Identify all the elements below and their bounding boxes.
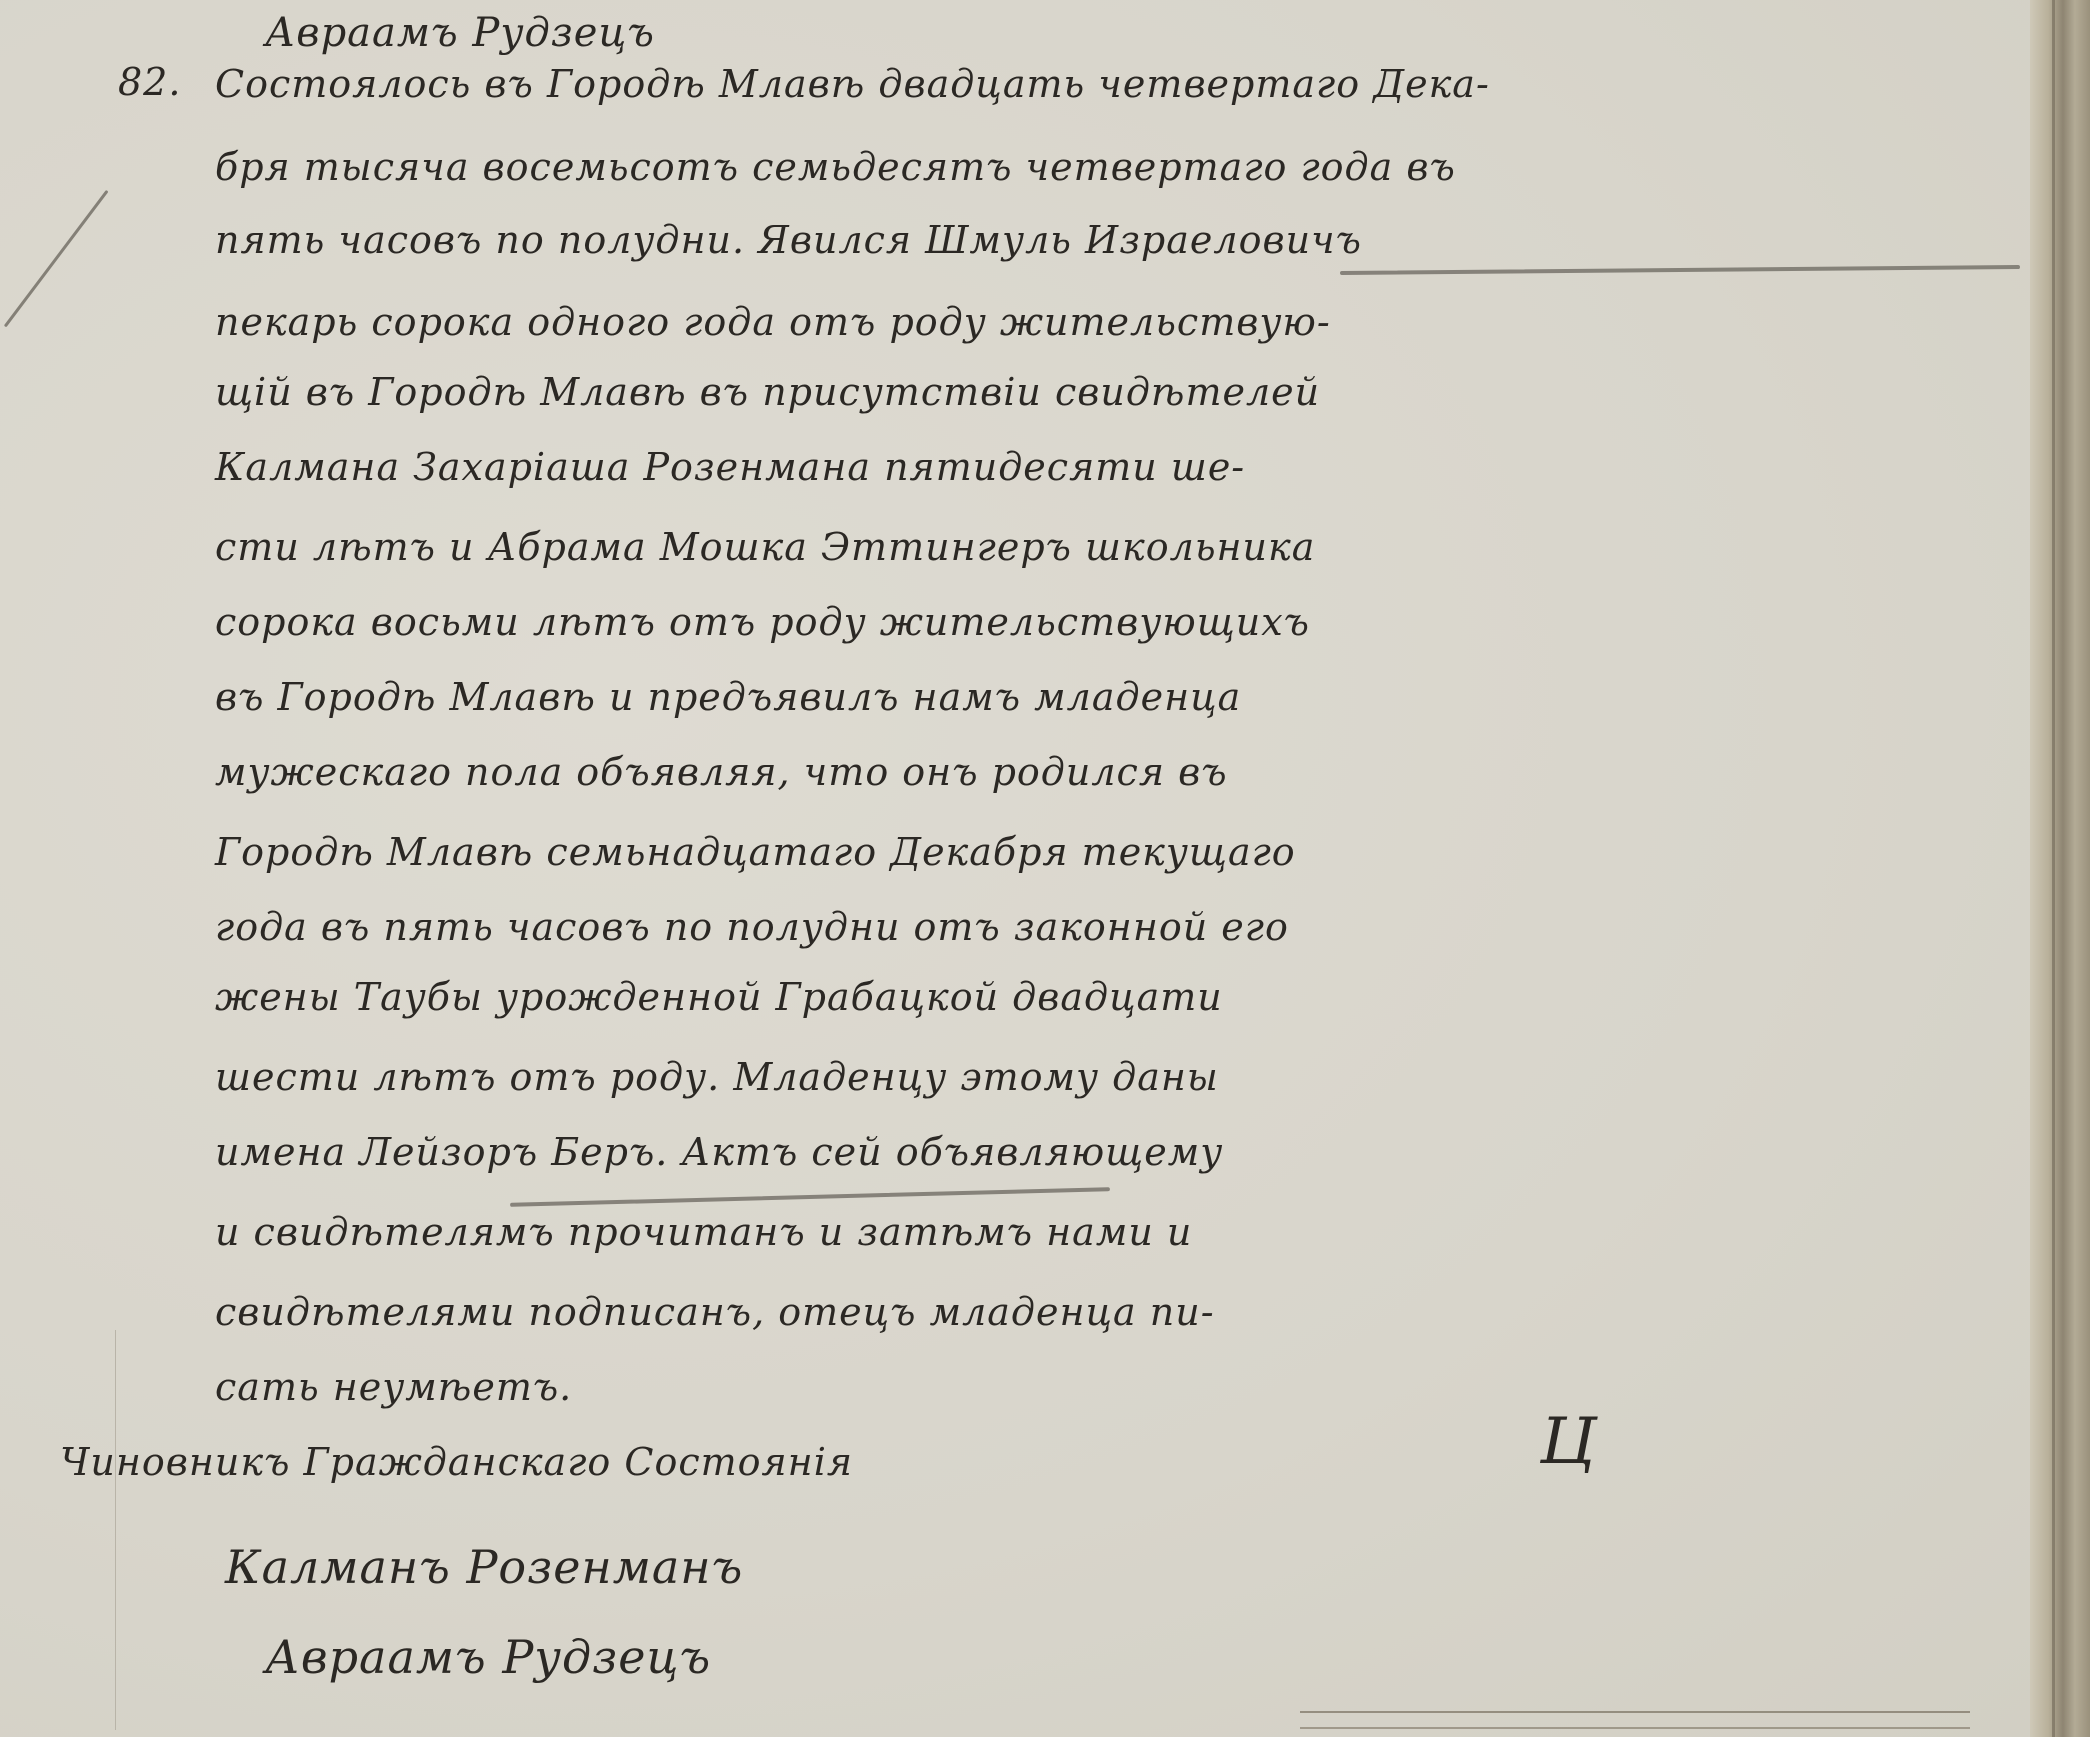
record-line-15: имена Лейзоръ Беръ. Актъ сей объявляющем… <box>215 1130 1223 1174</box>
record-line-6: Калмана Захаріаша Розенмана пятидесяти ш… <box>215 445 1245 489</box>
witness-signature-2: Авраамъ Рудзецъ <box>265 1630 711 1684</box>
pencil-underline-child <box>510 1187 1110 1207</box>
record-line-17: свидѣтелями подписанъ, отецъ младенца пи… <box>215 1290 1215 1334</box>
record-line-13: жены Таубы урожденной Грабацкой двадцати <box>215 975 1223 1019</box>
record-line-8: сорока восьми лѣтъ отъ роду жительствующ… <box>215 600 1310 644</box>
book-binding-edge <box>2030 0 2090 1737</box>
civil-registrar-title: Чиновникъ Гражданскаго Состоянія <box>60 1440 853 1484</box>
page-bottom-edge <box>1300 1711 1970 1729</box>
record-line-4: пекарь сорока одного года отъ роду жител… <box>215 300 1331 344</box>
record-line-1: Состоялось въ Городѣ Млавѣ двадцать четв… <box>215 62 1490 106</box>
record-line-2: бря тысяча восемьсотъ семьдесятъ четверт… <box>215 145 1456 189</box>
record-line-9: въ Городѣ Млавѣ и предъявилъ намъ младен… <box>215 675 1241 719</box>
pencil-underline-father <box>1340 265 2020 275</box>
record-line-5: щій въ Городѣ Млавѣ въ присутствіи свидѣ… <box>215 370 1320 414</box>
pencil-margin-mark <box>4 190 109 328</box>
header-signature: Авраамъ Рудзецъ <box>265 10 655 56</box>
margin-rule <box>115 1330 116 1730</box>
record-line-18: сать неумѣетъ. <box>215 1365 572 1409</box>
record-line-12: года въ пять часовъ по полудни отъ закон… <box>215 905 1289 949</box>
record-line-3: пять часовъ по полудни. Явился Шмуль Изр… <box>215 218 1362 262</box>
record-line-10: мужескаго пола объявляя, что онъ родился… <box>215 750 1228 794</box>
record-line-7: сти лѣтъ и Абрама Мошка Эттингеръ школьн… <box>215 525 1315 569</box>
record-line-16: и свидѣтелямъ прочитанъ и затѣмъ нами и <box>215 1210 1192 1254</box>
record-line-11: Городѣ Млавѣ семьнадцатаго Декабря текущ… <box>215 830 1296 874</box>
register-page: Авраамъ Рудзецъ 82. Состоялось въ Городѣ… <box>0 0 2030 1737</box>
entry-number: 82. <box>118 60 181 104</box>
registrar-paraph: Ц <box>1540 1405 1596 1479</box>
record-line-14: шести лѣтъ отъ роду. Младенцу этому даны <box>215 1055 1219 1099</box>
witness-signature-1: Калманъ Розенманъ <box>225 1540 743 1594</box>
